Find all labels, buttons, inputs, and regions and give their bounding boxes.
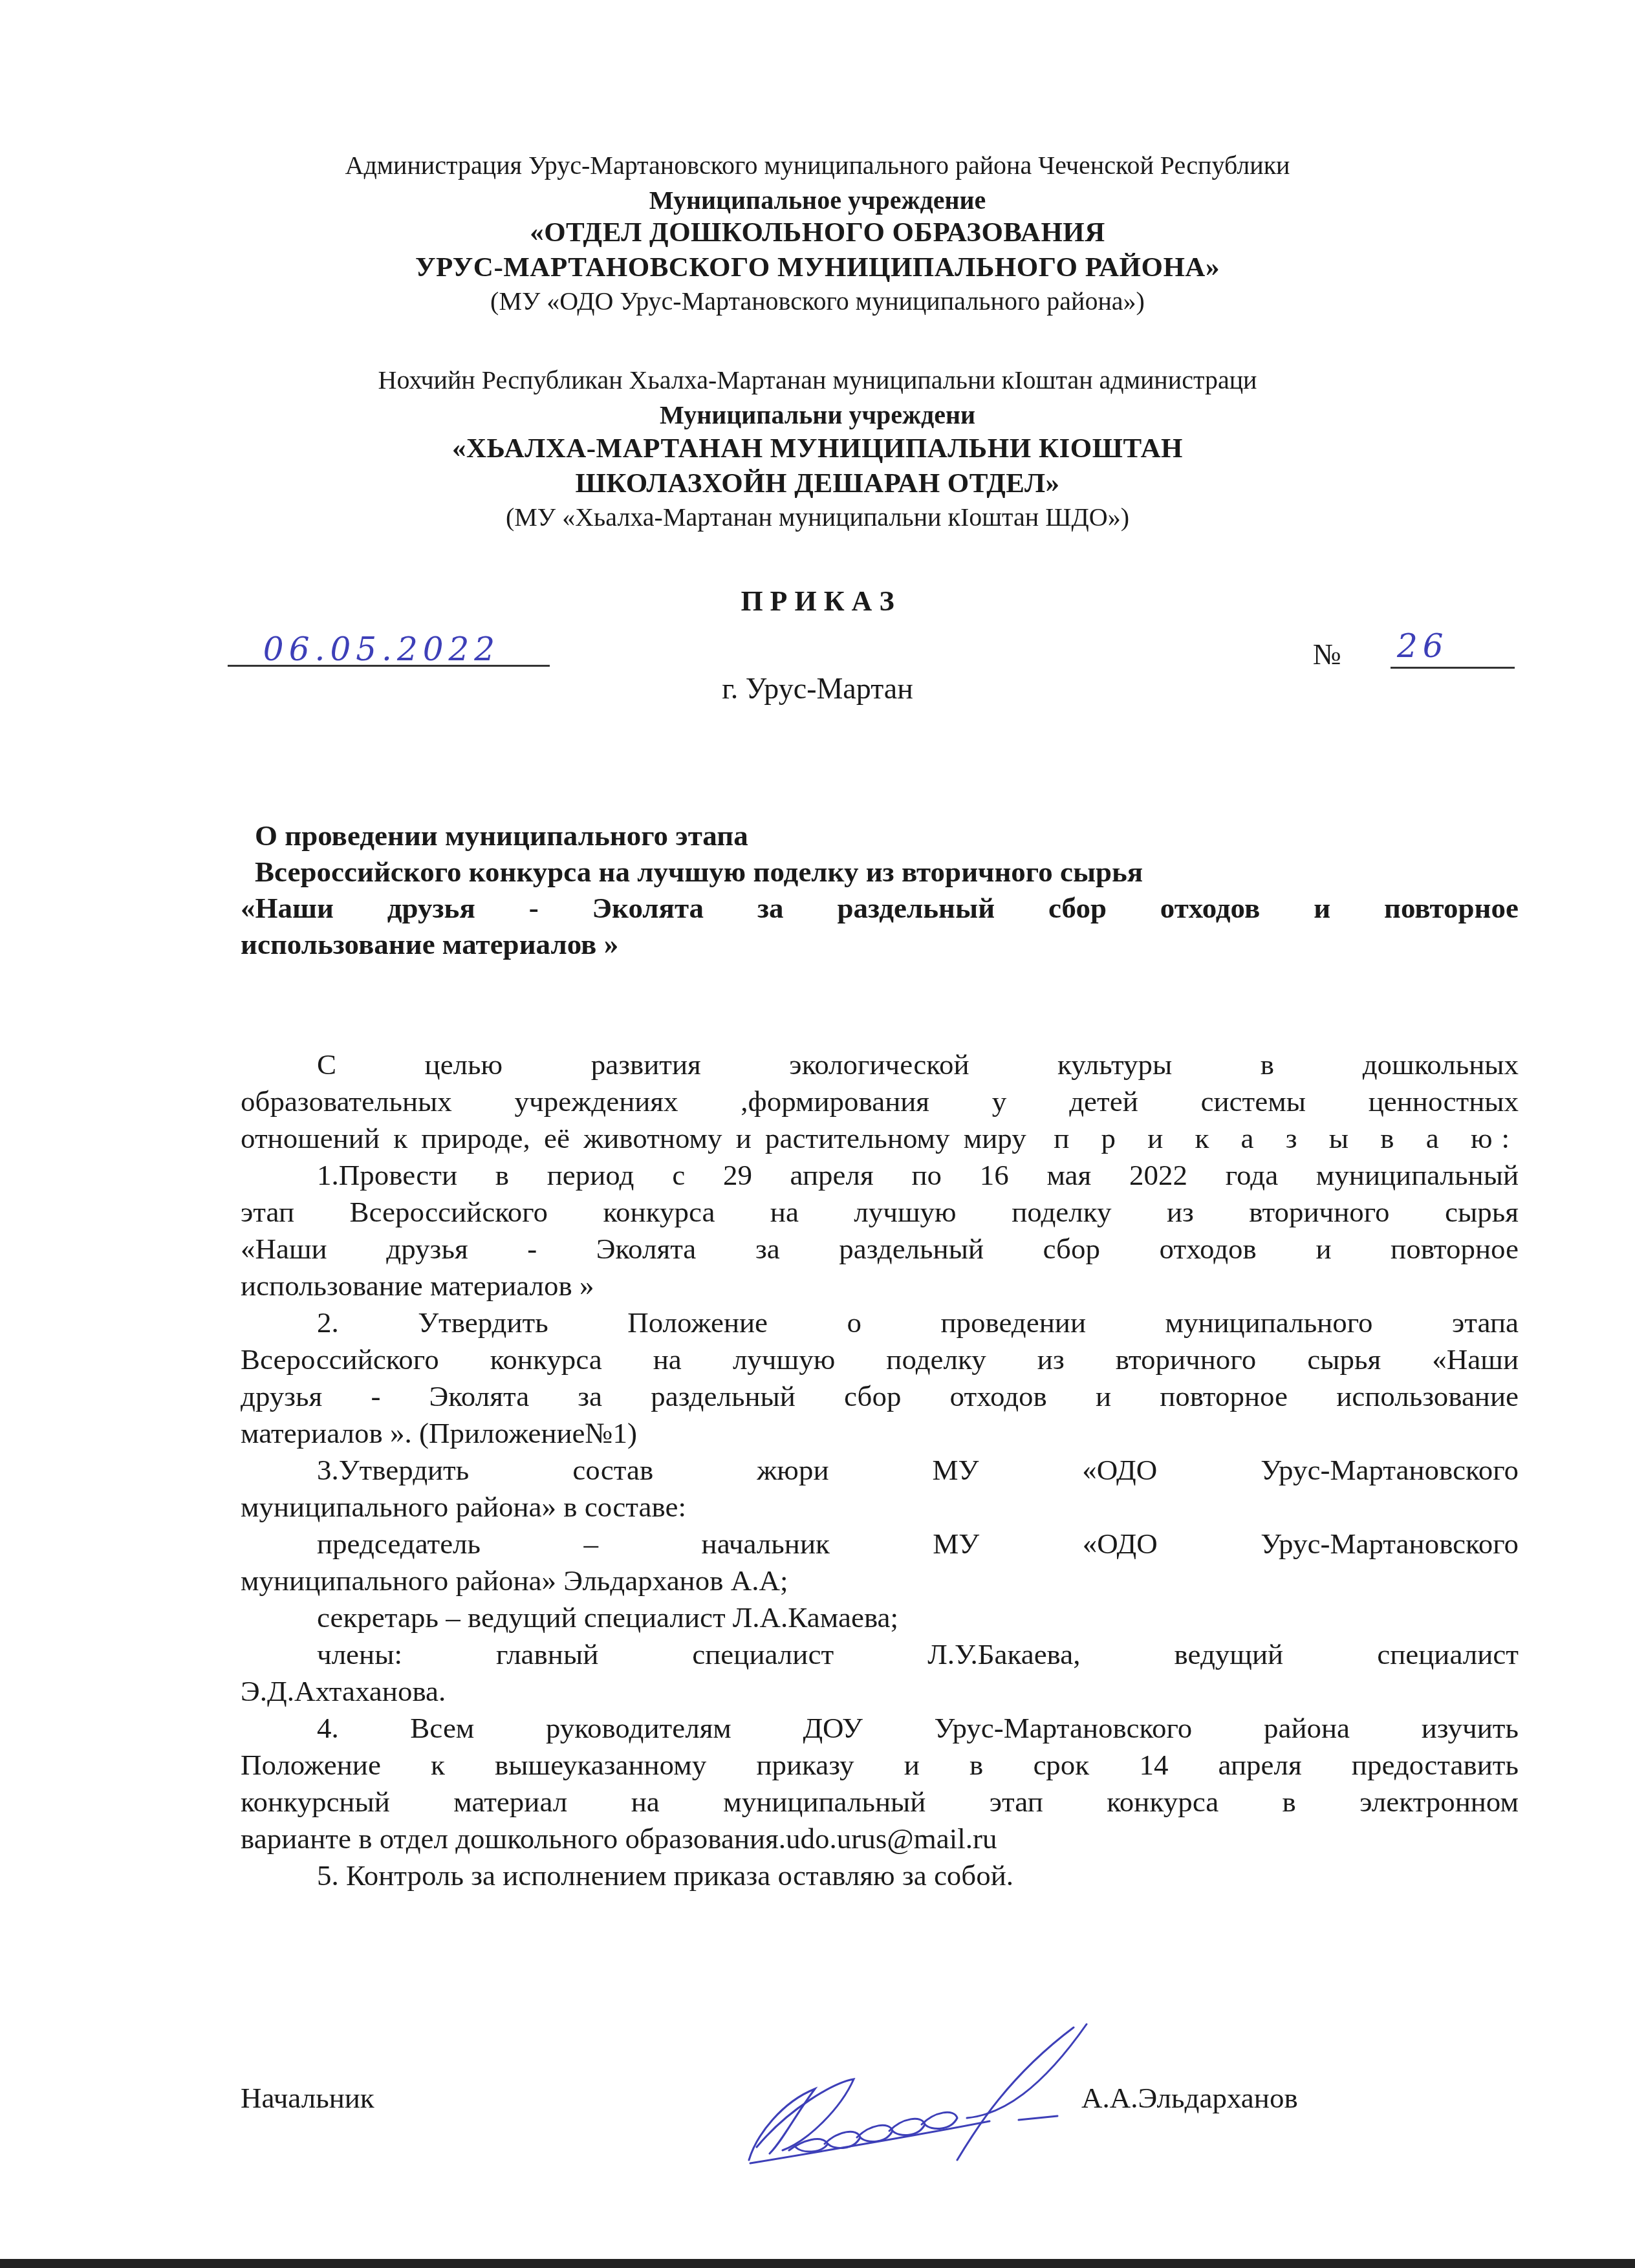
item-line: «Наши друзья - Эколята за раздельный сбо… bbox=[241, 1231, 1519, 1268]
item-line: варианте в отдел дошкольного образования… bbox=[241, 1820, 1519, 1857]
header-ce-name-line1: «ХЬАЛХА-МАРТАНАН МУНИЦИПАЛЬНИ КIОШТАН bbox=[0, 435, 1635, 462]
item-line: 3.Утвердить состав жюри МУ «ОДО Урус-Мар… bbox=[241, 1452, 1519, 1489]
item-1: 1.Провести в период с 29 апреля по 16 ма… bbox=[241, 1157, 1519, 1304]
item-line: использование материалов » bbox=[241, 1268, 1519, 1304]
item-5: 5. Контроль за исполнением приказа остав… bbox=[241, 1857, 1519, 1894]
order-subject: О проведении муниципального этапа Всерос… bbox=[241, 817, 1519, 962]
item-line: члены: главный специалист Л.У.Бакаева, в… bbox=[241, 1636, 1519, 1673]
item-line: Э.Д.Ахтаханова. bbox=[241, 1673, 1519, 1710]
order-number-handwritten: 26 bbox=[1397, 627, 1475, 665]
item-line: 2. Утвердить Положение о проведении муни… bbox=[241, 1304, 1519, 1341]
header-ce-institution-type: Муниципальни учреждени bbox=[0, 402, 1635, 428]
document-page: Администрация Урус-Мартановского муницип… bbox=[0, 0, 1635, 2268]
header-ru-short-name: (МУ «ОДО Урус-Мартановского муниципально… bbox=[0, 288, 1635, 314]
header-ru-name-line2: УРУС-МАРТАНОВСКОГО МУНИЦИПАЛЬНОГО РАЙОНА… bbox=[0, 254, 1635, 281]
item-line: председатель – начальник МУ «ОДО Урус-Ма… bbox=[241, 1526, 1519, 1562]
order-number-sign: № bbox=[1313, 637, 1341, 671]
jury-chairman: председатель – начальник МУ «ОДО Урус-Ма… bbox=[241, 1526, 1519, 1599]
header-ce-short-name: (МУ «Хьалха-Мартанан муниципальни кIошта… bbox=[0, 504, 1635, 530]
subject-line4: использование материалов » bbox=[241, 926, 1519, 962]
subject-line1: О проведении муниципального этапа bbox=[241, 817, 1519, 854]
item-line: Всероссийского конкурса на лучшую поделк… bbox=[241, 1341, 1519, 1378]
scan-bottom-edge bbox=[0, 2259, 1635, 2268]
order-date-handwritten: 06.05.2022 bbox=[246, 631, 517, 668]
item-line: конкурсный материал на муниципальный эта… bbox=[241, 1784, 1519, 1820]
item-4: 4. Всем руководителям ДОУ Урус-Мартановс… bbox=[241, 1710, 1519, 1857]
item-line: материалов ». (Приложение№1) bbox=[241, 1415, 1519, 1452]
preamble-line: отношений к природе, её животному и раст… bbox=[241, 1120, 1519, 1157]
item-line: Положение к вышеуказанному приказу и в с… bbox=[241, 1747, 1519, 1784]
subject-line2: Всероссийского конкурса на лучшую поделк… bbox=[241, 854, 1519, 890]
item-2: 2. Утвердить Положение о проведении муни… bbox=[241, 1304, 1519, 1452]
header-ce-name-line2: ШКОЛАЗХОЙН ДЕШАРАН ОТДЕЛ» bbox=[0, 470, 1635, 497]
order-doc-type: П Р И К А З bbox=[0, 587, 1635, 616]
item-line: муниципального района» в составе: bbox=[241, 1489, 1519, 1526]
handwritten-signature-icon bbox=[731, 2011, 1093, 2179]
item-3: 3.Утвердить состав жюри МУ «ОДО Урус-Мар… bbox=[241, 1452, 1519, 1526]
item-line: 5. Контроль за исполнением приказа остав… bbox=[241, 1857, 1519, 1894]
item-line: друзья - Эколята за раздельный сбор отхо… bbox=[241, 1378, 1519, 1415]
item-line: секретарь – ведущий специалист Л.А.Камае… bbox=[241, 1599, 1519, 1636]
item-line: 4. Всем руководителям ДОУ Урус-Мартановс… bbox=[241, 1710, 1519, 1747]
item-line: муниципального района» Эльдарханов А.А; bbox=[241, 1562, 1519, 1599]
number-underline bbox=[1391, 667, 1515, 669]
header-ru-institution-type: Муниципальное учреждение bbox=[0, 188, 1635, 213]
signature-position: Начальник bbox=[241, 2081, 374, 2115]
order-verb: п р и к а з ы в а ю: bbox=[1054, 1122, 1519, 1154]
signature-name: А.А.Эльдарханов bbox=[1081, 2081, 1298, 2115]
header-ru-name-line1: «ОТДЕЛ ДОШКОЛЬНОГО ОБРАЗОВАНИЯ bbox=[0, 219, 1635, 246]
header-ce-admin: Нохчийн Республикан Хьалха-Мартанан муни… bbox=[0, 367, 1635, 393]
item-line: 1.Провести в период с 29 апреля по 16 ма… bbox=[241, 1157, 1519, 1194]
header-ru-admin: Администрация Урус-Мартановского муницип… bbox=[0, 153, 1635, 178]
date-underline bbox=[228, 665, 550, 667]
preamble-line: образовательных учреждениях ,формировани… bbox=[241, 1083, 1519, 1120]
preamble: С целью развития экологической культуры … bbox=[241, 1046, 1519, 1157]
preamble-line: С целью развития экологической культуры … bbox=[241, 1046, 1519, 1083]
order-city: г. Урус-Мартан bbox=[0, 674, 1635, 704]
subject-line3: «Наши друзья - Эколята за раздельный сбо… bbox=[241, 890, 1519, 926]
jury-members: члены: главный специалист Л.У.Бакаева, в… bbox=[241, 1636, 1519, 1710]
jury-secretary: секретарь – ведущий специалист Л.А.Камае… bbox=[241, 1599, 1519, 1636]
item-line: этап Всероссийского конкурса на лучшую п… bbox=[241, 1194, 1519, 1231]
order-body: С целью развития экологической культуры … bbox=[241, 1046, 1519, 1894]
